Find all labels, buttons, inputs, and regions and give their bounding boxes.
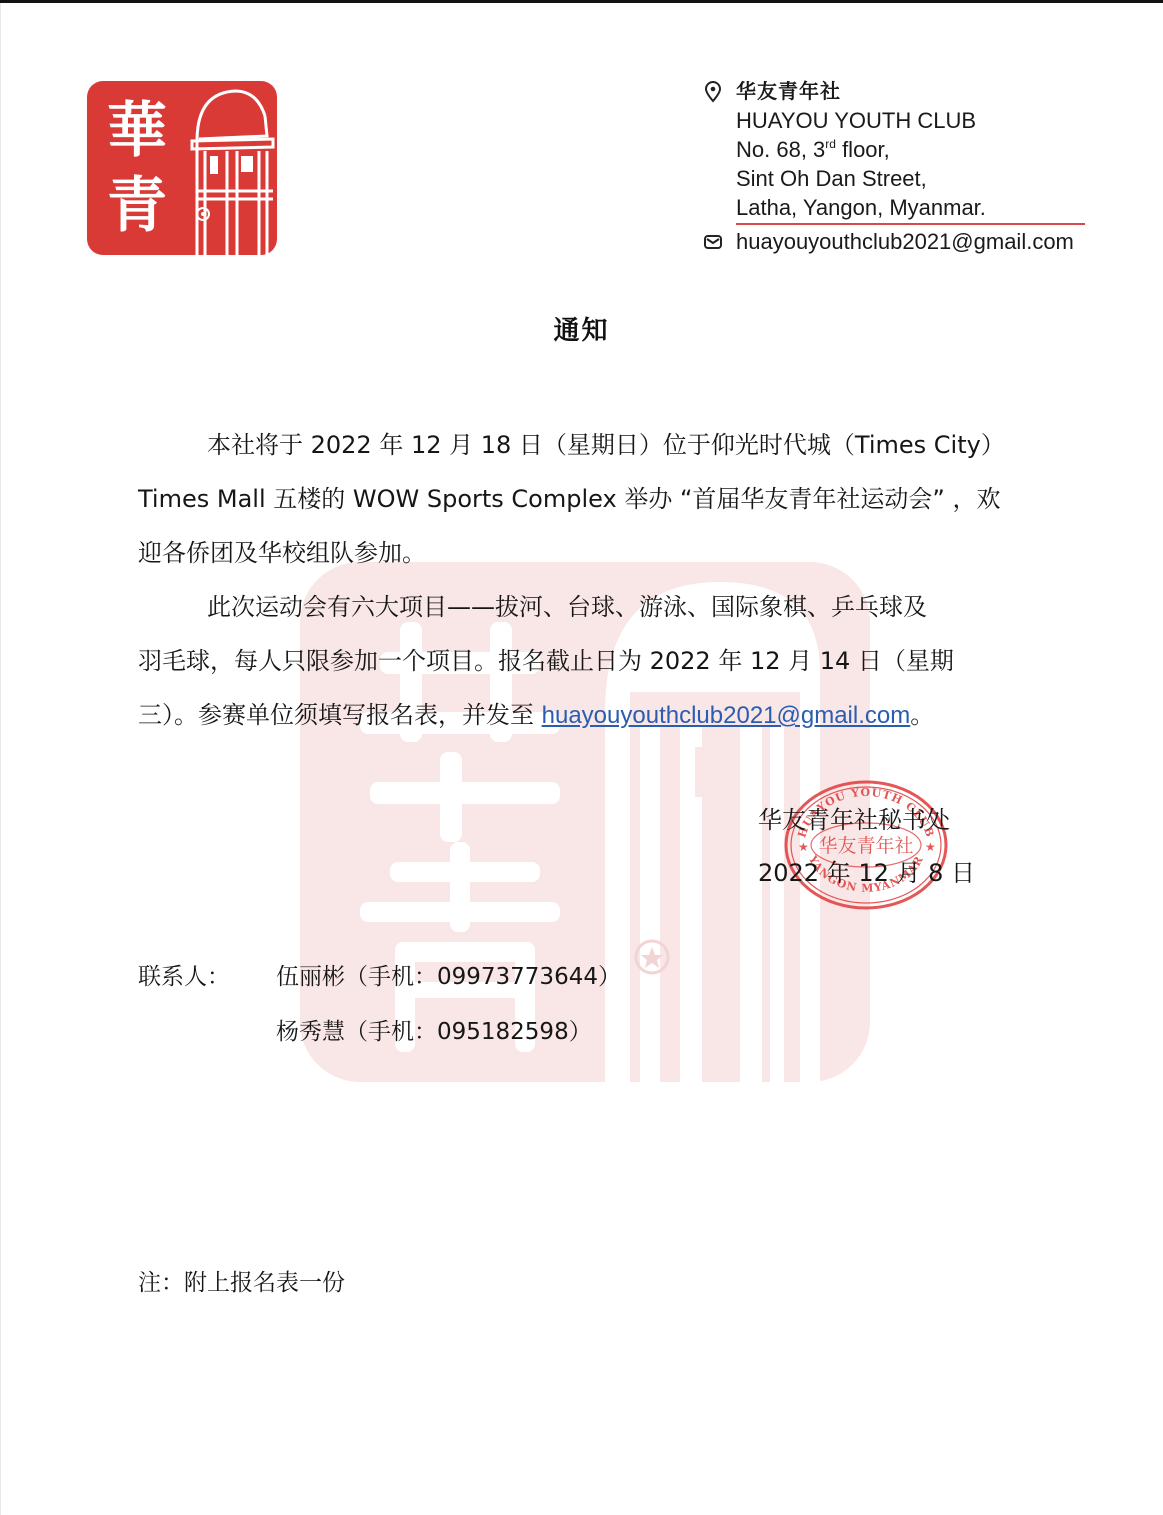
top-border [0,0,1163,3]
address-line-2: Sint Oh Dan Street, [736,166,927,192]
email-link[interactable]: huayouyouthclub2021@gmail.com [542,702,911,729]
clocktower-logo: 華 青 [87,81,277,255]
org-email: huayouyouthclub2021@gmail.com [736,229,1074,255]
document-title: 通知 [0,310,1163,347]
paragraph-1-line-1: 本社将于 2022 年 12 月 18 日（星期日）位于仰光时代城（Times … [207,430,1005,460]
paragraph-2-line-2: 羽毛球，每人只限参加一个项目。报名截止日为 2022 年 12 月 14 日（星… [138,646,954,676]
svg-text:★: ★ [925,840,936,854]
paragraph-1-line-3: 迎各侨团及华校组队参加。 [138,538,426,568]
contact-person-2: 杨秀慧（手机：095182598） [276,1017,592,1047]
location-pin-icon [703,81,723,103]
page-edge [0,3,1,1515]
official-seal: HUAYOU YOUTH CLUB YANGON MYANMAR 华友青年社 ★… [782,778,950,912]
svg-text:华友青年社: 华友青年社 [818,835,913,857]
envelope-icon [703,234,723,250]
paragraph-2-line-1: 此次运动会有六大项目——拔河、台球、游泳、国际象棋、乒乓球及 [207,592,927,622]
org-name-en: HUAYOU YOUTH CLUB [736,108,976,134]
paragraph-2-line-3: 三）。参赛单位须填写报名表，并发至 huayouyouthclub2021@gm… [138,700,934,731]
paragraph-1-line-2: Times Mall 五楼的 WOW Sports Complex 举办 “首届… [138,484,1000,514]
svg-text:青: 青 [107,171,167,241]
svg-text:華: 華 [107,96,167,166]
address-line-1: No. 68, 3rd floor, [736,137,890,163]
attachment-note: 注：附上报名表一份 [138,1268,345,1298]
signature-org: 华友青年社秘书处 [758,805,950,835]
letterhead-divider [736,223,1085,225]
contact-person-1: 伍丽彬（手机：09973773644） [276,962,621,992]
contacts-label: 联系人： [138,962,230,992]
signature-date: 2022 年 12 月 8 日 [758,858,975,888]
org-name-cn: 华友青年社 [736,78,841,104]
address-line-3: Latha, Yangon, Myanmar. [736,195,986,221]
svg-text:★: ★ [798,840,809,854]
